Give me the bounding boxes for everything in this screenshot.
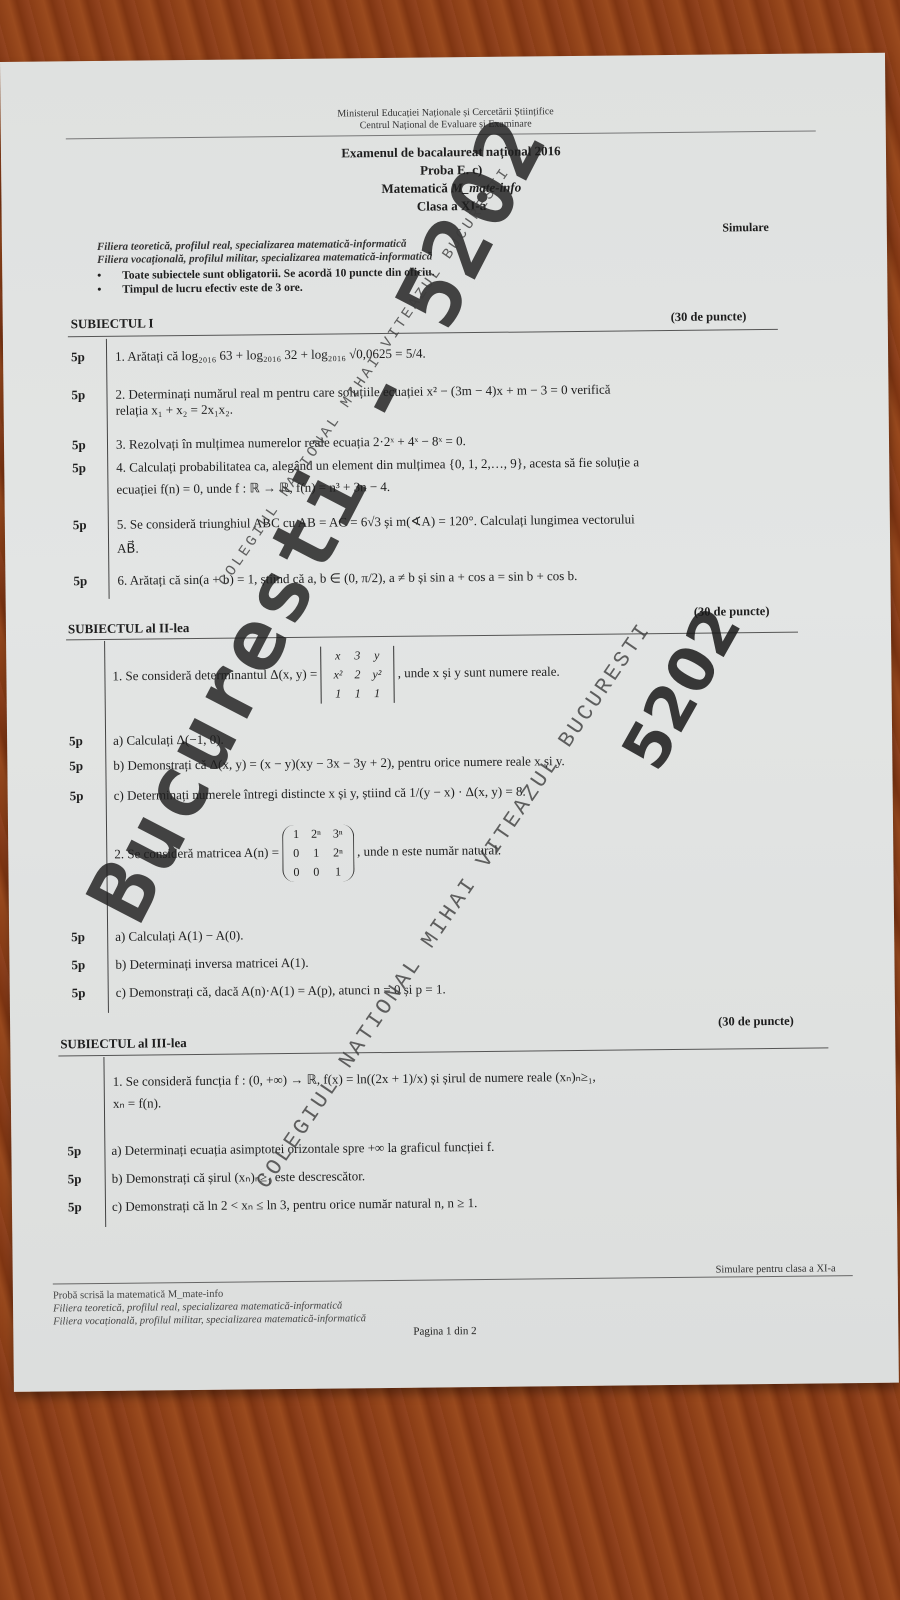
footer-line: Filiera vocațională, profilul militar, s…	[53, 1312, 366, 1328]
section-title-1: SUBIECTUL I	[71, 315, 154, 332]
problem-2-1-c: 5pc) Determinați numerele întregi distin…	[114, 781, 814, 804]
problem-2-2-a: 5pa) Calculați A(1) − A(0).	[115, 922, 815, 945]
problem-2-1-b: 5pb) Demonstrați că Δ(x, y) = (x − y)(xy…	[113, 751, 813, 774]
header-institution: Ministerul Educației Naționale și Cercet…	[96, 104, 796, 135]
exam-page: Ministerul Educației Naționale și Cercet…	[0, 53, 899, 1392]
problem-2-2-c: 5pc) Demonstrați că, dacă A(n)·A(1) = A(…	[116, 978, 816, 1001]
footer-simulare: Simulare pentru clasa a XI-a	[716, 1263, 836, 1275]
section-title-2: SUBIECTUL al II-lea	[68, 620, 190, 637]
filiera-vocationala: Filiera vocațională, profilul militar, s…	[97, 250, 432, 267]
problem-3-1-statement: 1. Se consideră funcția f : (0, +∞) → ℝ,…	[113, 1063, 833, 1115]
problem-1-2: 5p2. Determinați numărul real m pentru c…	[115, 380, 795, 419]
problem-2-2-b: 5pb) Determinați inversa matricei A(1).	[115, 950, 815, 973]
footer-divider	[53, 1275, 853, 1284]
section-points-2: (30 de puncte)	[694, 604, 770, 620]
problem-3-1-b: 5pb) Demonstrați că șirul (xₙ)ₙ≥₁ este d…	[112, 1163, 832, 1187]
rule-item: Timpul de lucru efectiv este de 3 ore.	[97, 279, 434, 297]
problem-1-3: 5p3. Rezolvați în mulțimea numerelor rea…	[116, 430, 796, 453]
problem-1-6: 5p6. Arătați că sin(a + b) = 1, știind c…	[117, 565, 817, 588]
section-divider	[68, 329, 778, 337]
section-title-3: SUBIECTUL al III-lea	[60, 1035, 187, 1052]
problem-3-1-c: 5pc) Demonstrați că ln 2 < xₙ ≤ ln 3, pe…	[112, 1191, 832, 1215]
problem-3-1-a: 5pa) Determinați ecuația asimptotei oriz…	[111, 1135, 831, 1159]
filiere: Filiera teoretică, profilul real, specia…	[97, 237, 432, 267]
exam-rules: Toate subiectele sunt obligatorii. Se ac…	[97, 265, 435, 297]
points-column-line	[104, 641, 109, 1013]
points-column-line	[103, 1057, 106, 1227]
points-column-line	[106, 339, 110, 599]
matrix: 12ⁿ3ⁿ 012ⁿ 001	[282, 824, 354, 882]
page-number: Pagina 1 din 2	[413, 1325, 476, 1338]
problem-1-5: 5p5. Se consideră triunghiul ABC cu AB =…	[117, 506, 797, 561]
section-points-1: (30 de puncte)	[671, 309, 747, 325]
problem-2-1-a: 5pa) Calculați Δ(−1, 0).	[113, 726, 813, 749]
problem-1-4: 5p4. Calculați probabilitatea ca, alegân…	[116, 450, 796, 501]
problem-2-2-statement: 2. Se consideră matricea A(n) = 12ⁿ3ⁿ 01…	[114, 820, 815, 884]
problem-2-1-statement: 1. Se consideră determinantul Δ(x, y) = …	[112, 642, 813, 706]
determinant: x3y x²2y² 111	[320, 646, 394, 704]
section-points-3: (30 de puncte)	[718, 1014, 794, 1030]
exam-title: Examenul de bacalaureat național 2016 Pr…	[251, 141, 652, 217]
simulare-label: Simulare	[722, 220, 769, 235]
problem-1-1: 5p1. Arătați că log₂₀₁₆ 63 + log₂₀₁₆ 32 …	[115, 342, 795, 365]
footer: Probă scrisă la matematică M_mate-info F…	[53, 1286, 366, 1328]
exam-class: Clasa a XI-a	[251, 195, 651, 217]
